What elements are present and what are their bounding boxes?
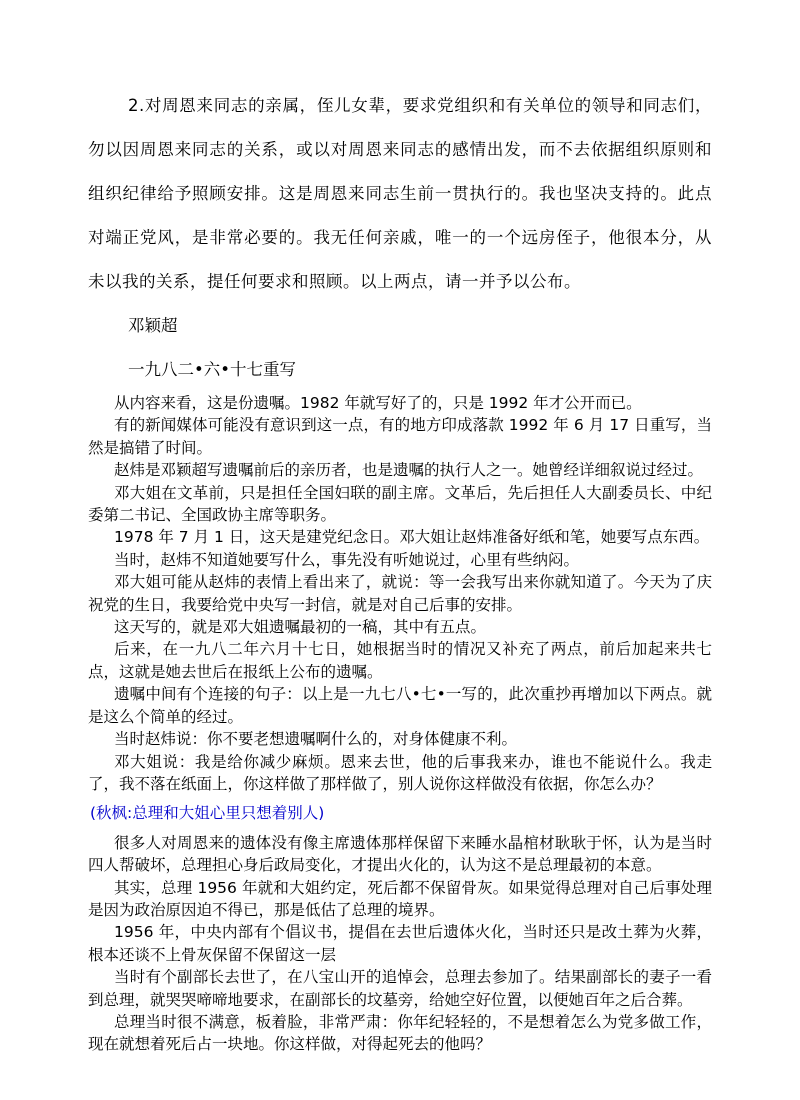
comment-paragraph: 其实，总理 1956 年就和大姐约定，死后都不保留骨灰。如果觉得总理对自己后事处… <box>88 877 712 922</box>
narrative-paragraph: 从内容来看，这是份遗嘱。1982 年就写好了的，只是 1992 年才公开而已。 <box>88 392 712 414</box>
narrative-paragraph: 邓大姐在文革前，只是担任全国妇联的副主席。文革后，先后担任人大副委员长、中纪委第… <box>88 482 712 527</box>
narrative-paragraph: 当时，赵炜不知道她要写什么，事先没有听她说过，心里有些纳闷。 <box>88 549 712 571</box>
narrative-paragraph: 后来，在一九八二年六月十七日，她根据当时的情况又补充了两点，前后加起来共七点，这… <box>88 638 712 683</box>
narrative-paragraph: 邓大姐说：我是给你减少麻烦。恩来去世，他的后事我来办，谁也不能说什么。我走了，我… <box>88 751 712 796</box>
narrative-paragraph: 邓大姐可能从赵炜的表情上看出来了，就说：等一会我写出来你就知道了。今天为了庆祝党… <box>88 571 712 616</box>
rewrite-date-line: 一九八二•六•十七重写 <box>88 348 712 392</box>
comment-paragraph: 当时有个副部长去世了，在八宝山开的追悼会，总理去参加了。结果副部长的妻子一看到总… <box>88 966 712 1011</box>
narrative-paragraph: 1978 年 7 月 1 日，这天是建党纪念日。邓大姐让赵炜准备好纸和笔，她要写… <box>88 526 712 548</box>
narrative-paragraph: 这天写的，就是邓大姐遗嘱最初的一稿，其中有五点。 <box>88 616 712 638</box>
narrative-paragraph: 有的新闻媒体可能没有意识到这一点，有的地方印成落款 1992 年 6 月 17 … <box>88 414 712 459</box>
narrative-paragraph: 赵炜是邓颖超写遗嘱前后的亲历者，也是遗嘱的执行人之一。她曾经详细叙说过经过。 <box>88 459 712 481</box>
document-page: 2.对周恩来同志的亲属，侄儿女辈，要求党组织和有关单位的领导和同志们，勿以因周恩… <box>0 0 800 1100</box>
will-paragraph: 2.对周恩来同志的亲属，侄儿女辈，要求党组织和有关单位的领导和同志们，勿以因周恩… <box>88 84 712 304</box>
narrative-paragraph: 遗嘱中间有个连接的句子：以上是一九七八•七•一写的，此次重抄再增加以下两点。就是… <box>88 683 712 728</box>
comment-paragraph: 1956 年，中央内部有个倡议书，提倡在去世后遗体火化，当时还只是改土葬为火葬，… <box>88 921 712 966</box>
comment-paragraph: 总理当时很不满意，板着脸，非常严肃：你年纪轻轻的，不是想着怎么为党多做工作，现在… <box>88 1011 712 1056</box>
signature: 邓颖超 <box>88 304 712 348</box>
annotation-note: (秋枫:总理和大姐心里只想着别人) <box>88 802 712 824</box>
narrative-paragraph: 当时赵炜说：你不要老想遗嘱啊什么的，对身体健康不利。 <box>88 728 712 750</box>
comment-paragraph: 很多人对周恩来的遗体没有像主席遗体那样保留下来睡水晶棺材耿耿于怀，认为是当时四人… <box>88 832 712 877</box>
